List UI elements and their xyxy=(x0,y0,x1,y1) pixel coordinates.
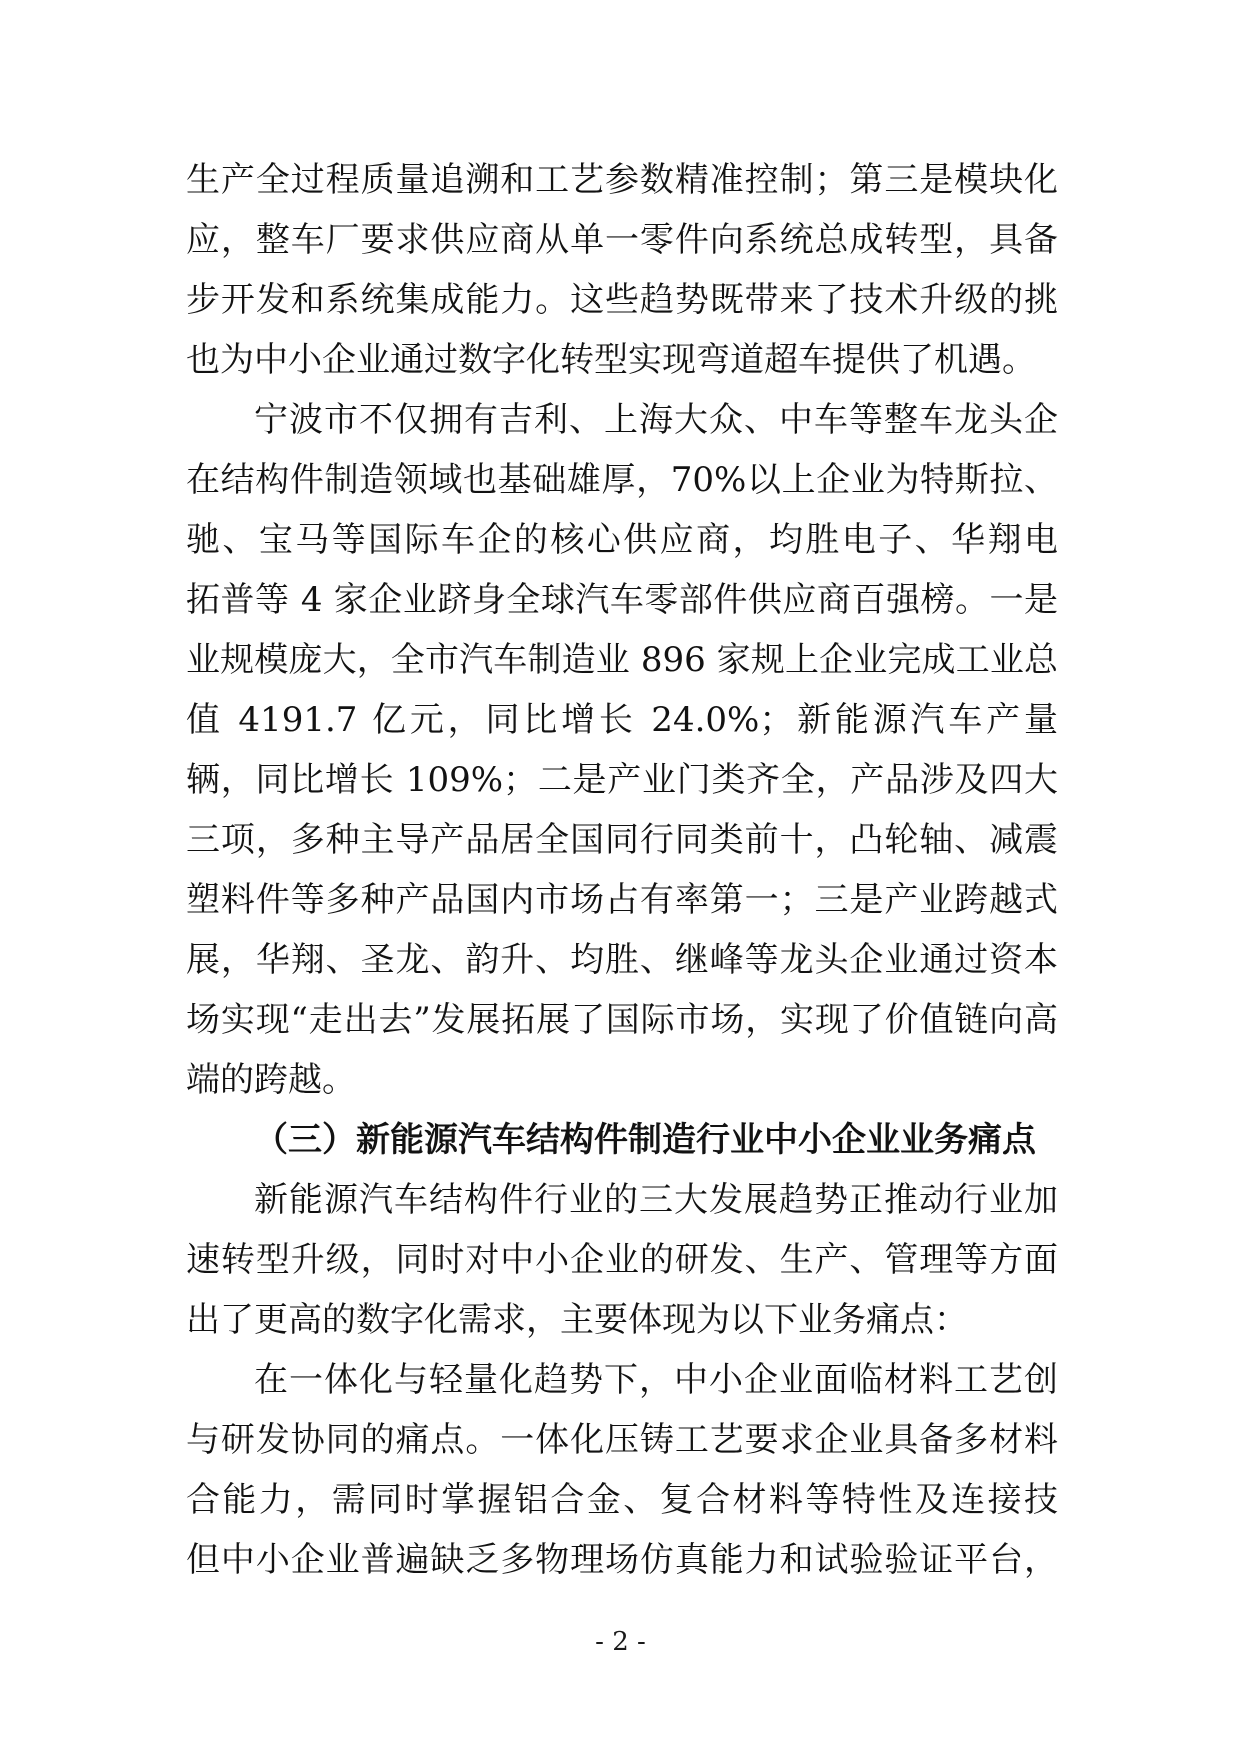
text-line: 合能力，需同时掌握铝合金、复合材料等特性及连接技术， xyxy=(186,1470,1058,1530)
text-line: 展，华翔、圣龙、韵升、均胜、继峰等龙头企业通过资本市 xyxy=(186,930,1058,990)
text-line: 驰、宝马等国际车企的核心供应商，均胜电子、华翔电子、 xyxy=(186,510,1058,570)
text-line: 塑料件等多种产品国内市场占有率第一；三是产业跨越式发 xyxy=(186,870,1058,930)
text-line: 在结构件制造领域也基础雄厚，70%以上企业为特斯拉、奔 xyxy=(186,450,1058,510)
text-line: 也为中小企业通过数字化转型实现弯道超车提供了机遇。 xyxy=(186,330,1058,390)
text-line: 新能源汽车结构件行业的三大发展趋势正推动行业加 xyxy=(186,1170,1058,1230)
text-line: 宁波市不仅拥有吉利、上海大众、中车等整车龙头企业， xyxy=(186,390,1058,450)
text-line: 步开发和系统集成能力。这些趋势既带来了技术升级的挑战， xyxy=(186,270,1058,330)
text-line: 场实现“走出去”发展拓展了国际市场，实现了价值链向高 xyxy=(186,990,1058,1050)
document-page: 生产全过程质量追溯和工艺参数精准控制；第三是模块化供应，整车厂要求供应商从单一零… xyxy=(0,0,1241,1754)
text-line: 辆，同比增长 109%；二是产业门类齐全，产品涉及四大类十 xyxy=(186,750,1058,810)
text-line: 端的跨越。 xyxy=(186,1050,1058,1110)
section-heading: （三）新能源汽车结构件制造行业中小企业业务痛点 xyxy=(186,1110,1058,1170)
text-line: 与研发协同的痛点。一体化压铸工艺要求企业具备多材料融 xyxy=(186,1410,1058,1470)
text-line: 在一体化与轻量化趋势下，中小企业面临材料工艺创新 xyxy=(186,1350,1058,1410)
text-line: 生产全过程质量追溯和工艺参数精准控制；第三是模块化供 xyxy=(186,150,1058,210)
document-body: 生产全过程质量追溯和工艺参数精准控制；第三是模块化供应，整车厂要求供应商从单一零… xyxy=(186,150,1058,1590)
text-line: 速转型升级，同时对中小企业的研发、生产、管理等方面提 xyxy=(186,1230,1058,1290)
text-line: 出了更高的数字化需求，主要体现为以下业务痛点： xyxy=(186,1290,1058,1350)
page-number: - 2 - xyxy=(595,1627,646,1657)
text-line: 业规模庞大，全市汽车制造业 896 家规上企业完成工业总产 xyxy=(186,630,1058,690)
text-line: 拓普等 4 家企业跻身全球汽车零部件供应商百强榜。一是产 xyxy=(186,570,1058,630)
text-line: 值 4191.7 亿元，同比增长 24.0%；新能源汽车产量 39.8 万 xyxy=(186,690,1058,750)
text-line: 应，整车厂要求供应商从单一零件向系统总成转型，具备同 xyxy=(186,210,1058,270)
text-line: 三项，多种主导产品居全国同行同类前十，凸轮轴、减震器、 xyxy=(186,810,1058,870)
text-line: 但中小企业普遍缺乏多物理场仿真能力和试验验证平台，难 xyxy=(186,1530,1058,1590)
page-footer: - 2 - xyxy=(0,1622,1241,1662)
